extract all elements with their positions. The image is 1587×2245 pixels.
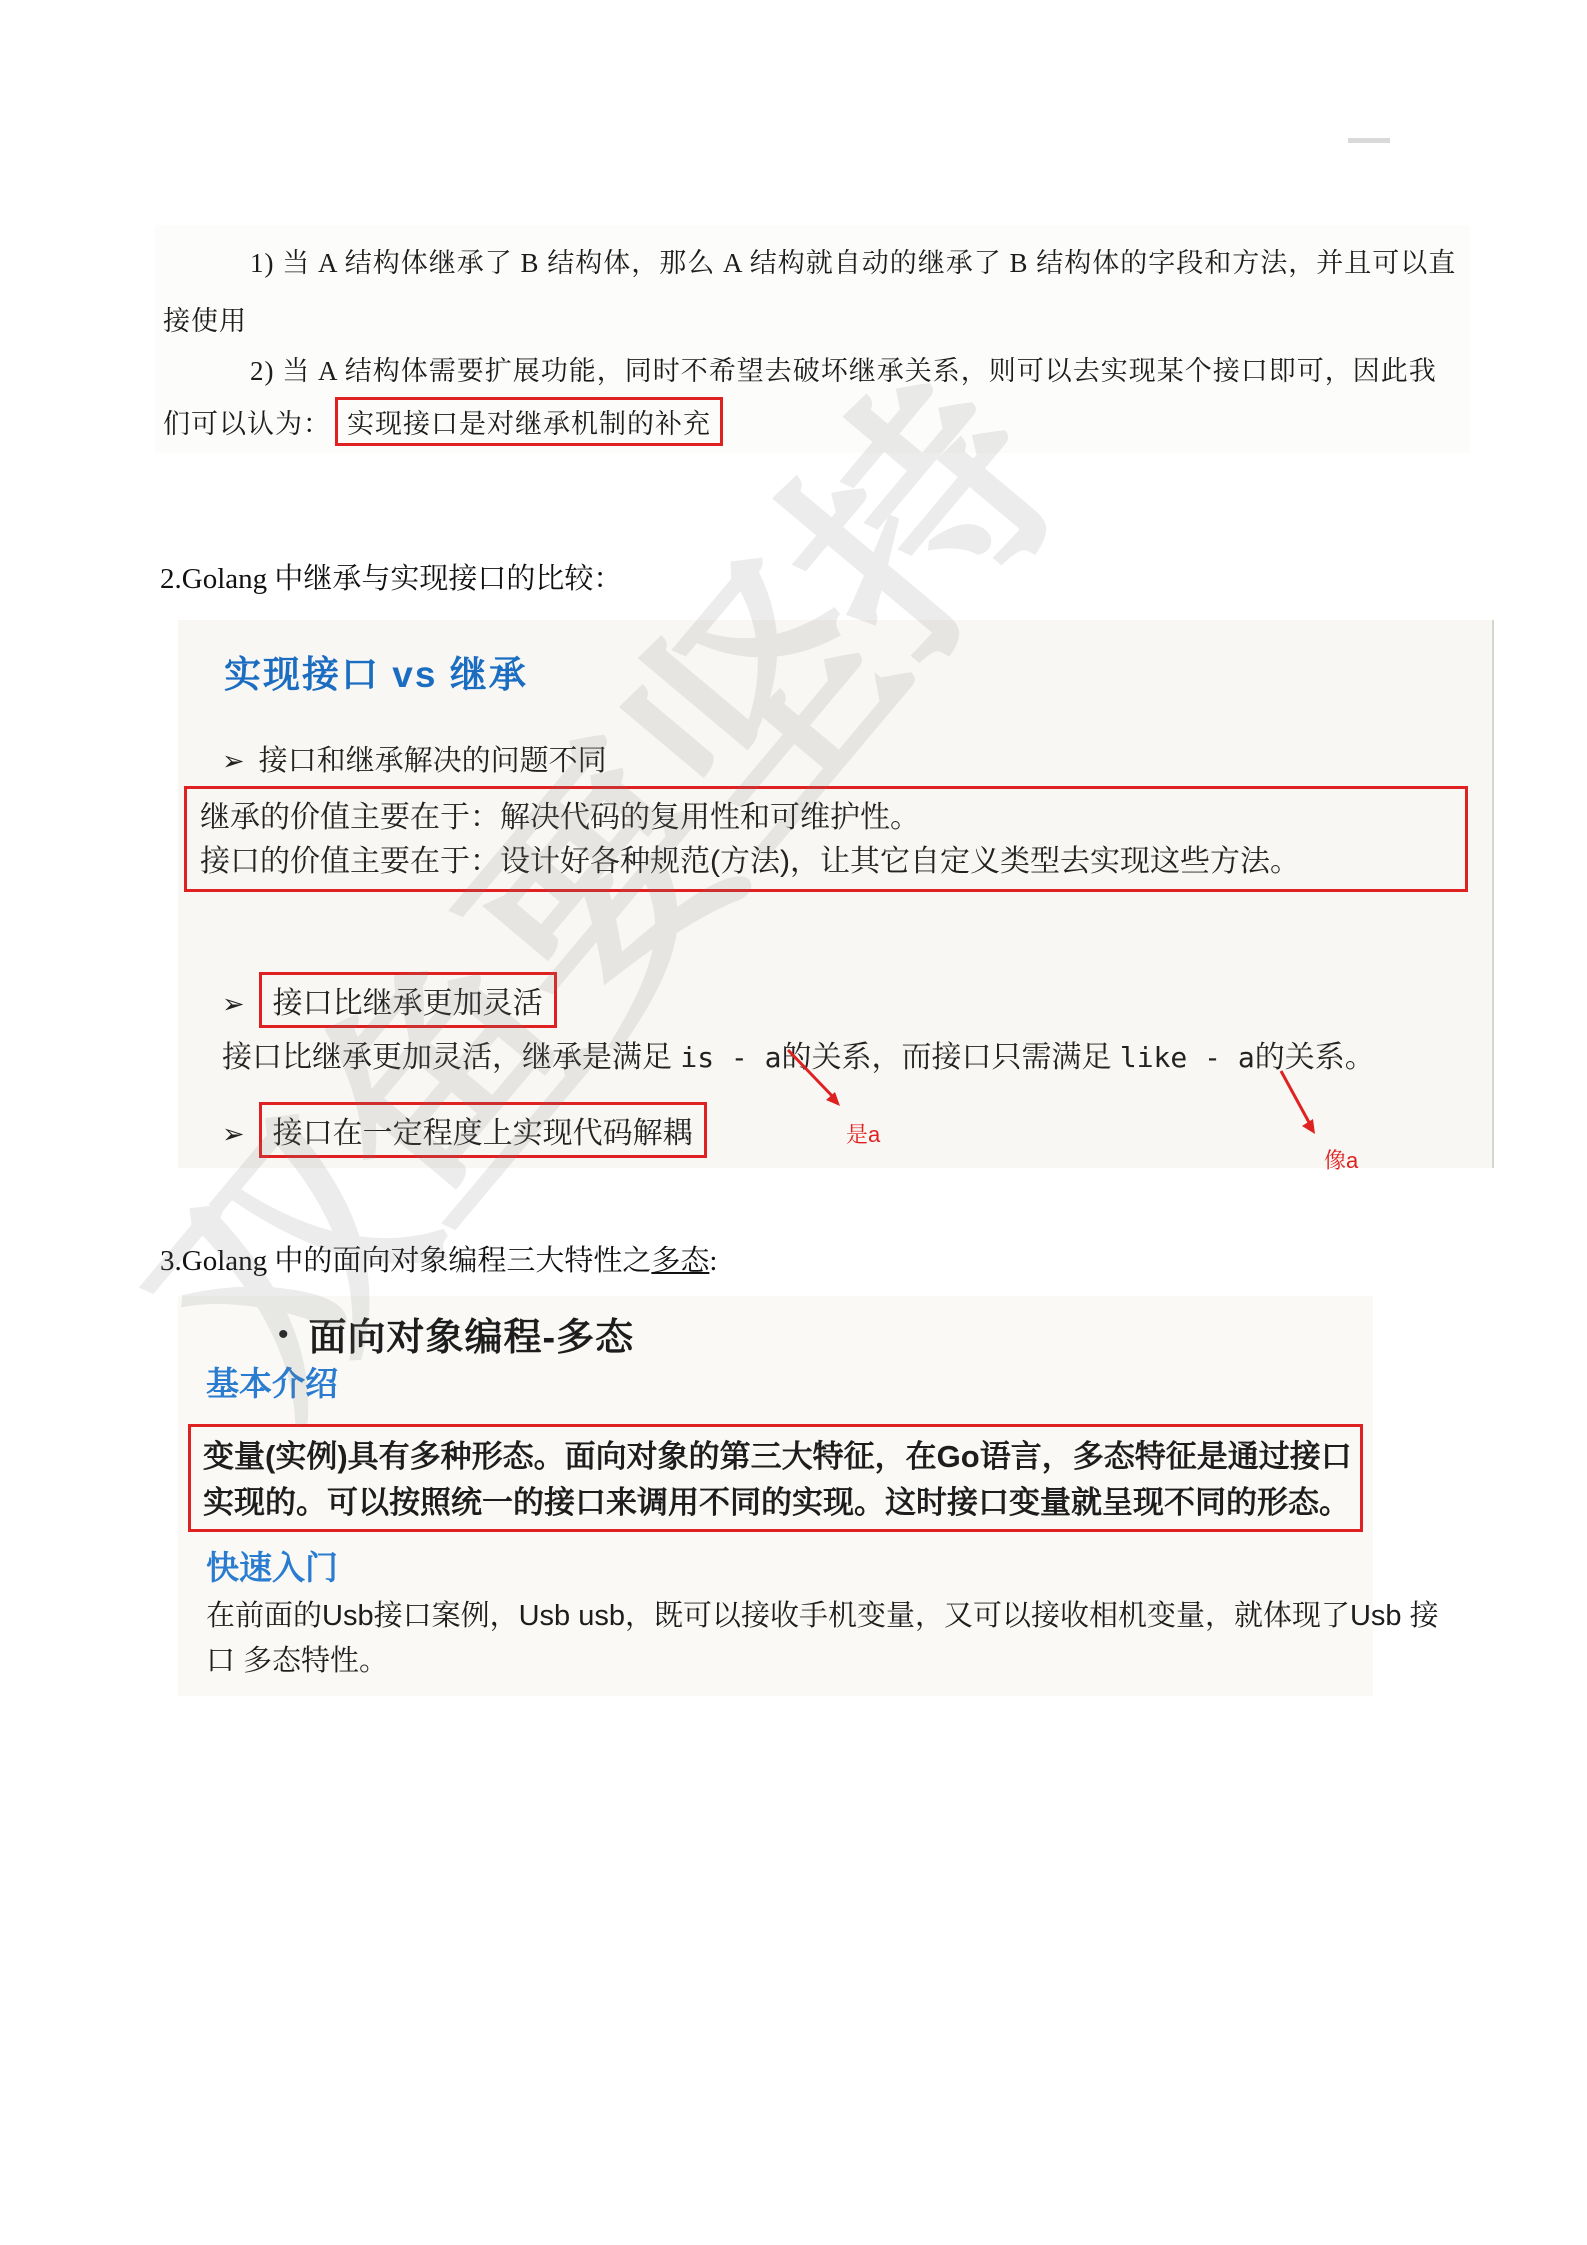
- bullet-interface-flexible: ➢接口比继承更加灵活: [222, 972, 557, 1028]
- arrowhead-bullet-icon: ➢: [222, 989, 245, 1020]
- inheritance-notes-image: 1) 当 A 结构体继承了 B 结构体，那么 A 结构就自动的继承了 B 结构体…: [155, 225, 1470, 453]
- quick-start-paragraph: 在前面的Usb接口案例，Usb usb，既可以接收手机变量，又可以接收相机变量，…: [206, 1594, 1439, 1684]
- section3-heading-polymorphism: 多态: [651, 1245, 709, 1277]
- polymorphism-red-box: 变量(实例)具有多种形态。面向对象的第三大特征，在Go语言，多态特征是通过接口 …: [188, 1424, 1363, 1532]
- interface-vs-inheritance-slide: 实现接口 vs 继承 ➢接口和继承解决的问题不同 继承的价值主要在于：解决代码的…: [178, 620, 1494, 1168]
- polymorphism-line-1: 变量(实例)具有多种形态。面向对象的第三大特征，在Go语言，多态特征是通过接口: [203, 1434, 1348, 1480]
- is-a-arrow-icon: [778, 1048, 858, 1120]
- slide1-title: 实现接口 vs 继承: [224, 644, 528, 698]
- section3-heading-prefix: 3.Golang 中的面向对象编程三大特性之: [160, 1245, 651, 1277]
- polymorphism-slide: •面向对象编程-多态 基本介绍 变量(实例)具有多种形态。面向对象的第三大特征，…: [178, 1296, 1373, 1696]
- is-a-annotation: 是a: [846, 1118, 880, 1149]
- slide2-title: 面向对象编程-多态: [309, 1317, 635, 1359]
- like-a-annotation: 像a: [1324, 1144, 1358, 1175]
- flex-text-0: 接口比继承更加灵活，继承是满足: [222, 1041, 680, 1074]
- decoupling-red-box: 接口在一定程度上实现代码解耦: [259, 1102, 707, 1158]
- inheritance-value-line: 继承的价值主要在于：解决代码的复用性和可维护性。: [200, 796, 1452, 840]
- section2-heading: 2.Golang 中继承与实现接口的比较：: [160, 556, 622, 597]
- note-line-1: 1) 当 A 结构体继承了 B 结构体，那么 A 结构就自动的继承了 B 结构体…: [250, 241, 1456, 280]
- red-highlight-box: 实现接口是对继承机制的补充: [335, 397, 723, 446]
- value-comparison-red-box: 继承的价值主要在于：解决代码的复用性和可维护性。 接口的价值主要在于：设计好各种…: [184, 786, 1468, 892]
- note-line-4-prefix: 们可以认为：: [163, 409, 331, 439]
- interface-value-line: 接口的价值主要在于：设计好各种规范(方法)，让其它自定义类型去实现这些方法。: [200, 840, 1452, 884]
- quick-start-line-2: 口 多态特性。: [206, 1639, 1439, 1684]
- note-line-2: 接使用: [163, 299, 247, 338]
- section3-heading-suffix: :: [709, 1245, 717, 1277]
- polymorphism-line-2: 实现的。可以按照统一的接口来调用不同的实现。这时接口变量就呈现不同的形态。: [203, 1480, 1348, 1526]
- is-a-code: is - a: [680, 1041, 781, 1074]
- like-a-arrow-icon: [1273, 1068, 1337, 1146]
- bullet-problem-diff-label: 接口和继承解决的问题不同: [259, 745, 607, 777]
- note-line-4: 们可以认为：实现接口是对继承机制的补充: [163, 397, 723, 446]
- like-a-code: like - a: [1120, 1041, 1255, 1074]
- flexible-red-box: 接口比继承更加灵活: [259, 972, 557, 1028]
- basic-intro-heading: 基本介绍: [206, 1358, 338, 1405]
- bullet-decoupling: ➢接口在一定程度上实现代码解耦: [222, 1102, 707, 1158]
- stray-mark-line: [1348, 138, 1390, 143]
- arrowhead-bullet-icon: ➢: [222, 746, 245, 777]
- quick-start-heading: 快速入门: [206, 1542, 338, 1589]
- document-page: 双鱼要坚持 1) 当 A 结构体继承了 B 结构体，那么 A 结构就自动的继承了…: [0, 0, 1587, 2245]
- bullet-problem-diff: ➢接口和继承解决的问题不同: [222, 738, 607, 779]
- slide2-title-row: •面向对象编程-多态: [278, 1306, 634, 1361]
- arrowhead-bullet-icon: ➢: [222, 1119, 245, 1150]
- quick-start-line-1: 在前面的Usb接口案例，Usb usb，既可以接收手机变量，又可以接收相机变量，…: [206, 1594, 1439, 1639]
- bullet-dot-icon: •: [278, 1318, 289, 1351]
- section3-heading: 3.Golang 中的面向对象编程三大特性之多态:: [160, 1238, 717, 1279]
- note-line-3: 2) 当 A 结构体需要扩展功能，同时不希望去破坏继承关系，则可以去实现某个接口…: [250, 349, 1437, 388]
